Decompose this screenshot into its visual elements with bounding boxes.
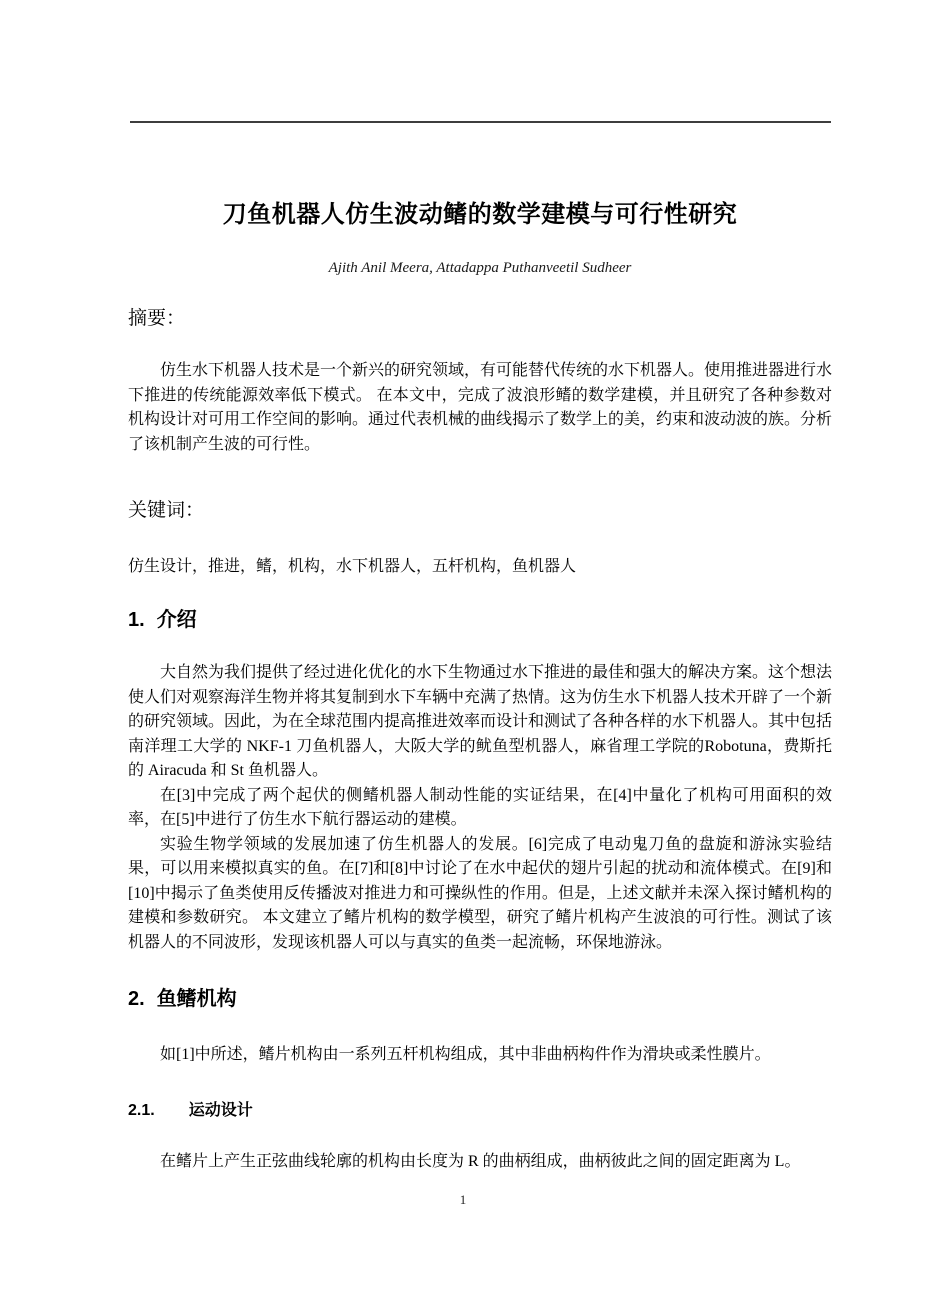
keywords-label: 关键词：: [128, 497, 832, 525]
authors-line: Ajith Anil Meera, Attadappa Puthanveetil…: [128, 258, 832, 278]
introduction-body: 大自然为我们提供了经过进化优化的水下生物通过水下推进的最佳和强大的解决方案。这个…: [128, 661, 832, 955]
keywords-text: 仿生设计，推进，鳍，机构，水下机器人，五杆机构，鱼机器人: [128, 555, 832, 580]
subsection-2-1-heading: 2.1.运动设计: [128, 1100, 832, 1122]
abstract-text: 仿生水下机器人技术是一个新兴的研究领域，有可能替代传统的水下机器人。使用推进器进…: [128, 359, 832, 457]
section-2-title: 鱼鳍机构: [157, 988, 237, 1010]
section-2-heading: 2.鱼鳍机构: [128, 986, 832, 1012]
section-2-number: 2.: [128, 986, 145, 1012]
abstract-label: 摘要：: [128, 305, 832, 333]
section-1-heading: 1.介绍: [128, 607, 832, 633]
intro-paragraph-1: 大自然为我们提供了经过进化优化的水下生物通过水下推进的最佳和强大的解决方案。这个…: [128, 661, 832, 784]
subsection-2-1-number: 2.1.: [128, 1100, 155, 1122]
intro-paragraph-3: 实验生物学领域的发展加速了仿生机器人的发展。[6]完成了电动鬼刀鱼的盘旋和游泳实…: [128, 833, 832, 956]
section-1-number: 1.: [128, 607, 145, 633]
intro-paragraph-2: 在[3]中完成了两个起伏的侧鳍机器人制动性能的实证结果，在[4]中量化了机构可用…: [128, 784, 832, 833]
subsection-2-1-paragraph: 在鳍片上产生正弦曲线轮廓的机构由长度为 R 的曲柄组成，曲柄彼此之间的固定距离为…: [128, 1150, 832, 1175]
subsection-2-1-title: 运动设计: [189, 1102, 253, 1119]
page-number: 1: [0, 1191, 926, 1209]
section-1-title: 介绍: [157, 609, 197, 631]
paper-title: 刀鱼机器人仿生波动鳍的数学建模与可行性研究: [128, 197, 832, 233]
document-page: 刀鱼机器人仿生波动鳍的数学建模与可行性研究 Ajith Anil Meera, …: [0, 0, 926, 1309]
section-2-paragraph: 如[1]中所述，鳍片机构由一系列五杆机构组成，其中非曲柄构件作为滑块或柔性膜片。: [128, 1043, 832, 1068]
header-rule: [130, 121, 831, 123]
